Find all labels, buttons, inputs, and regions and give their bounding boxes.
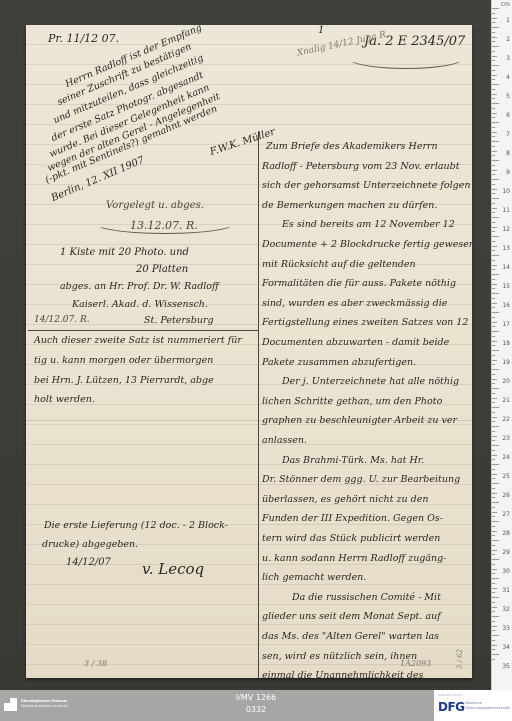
ruler-tick — [492, 18, 497, 19]
ruler-tick — [492, 355, 495, 356]
ruler-tick — [492, 474, 497, 475]
ruler-tick — [492, 189, 497, 190]
ruler-tick — [492, 535, 495, 536]
funding-badge: Gefördert durch DFG Deutsche Forschungsg… — [434, 690, 512, 721]
ruler-tick — [492, 331, 499, 332]
ruler-tick — [492, 155, 495, 156]
ruler-tick — [492, 246, 497, 247]
archive-pencil-mark-right: 1A2093 — [400, 659, 431, 668]
ruler-tick — [492, 41, 495, 42]
ruler-label: 31 — [502, 587, 510, 594]
shipping-note-line: 20 Platten — [136, 264, 188, 275]
ruler-tick — [492, 89, 495, 90]
letter-line: Es sind bereits am 12 November 12 — [282, 219, 455, 230]
ruler-tick — [492, 649, 495, 650]
ruler-tick — [492, 222, 495, 223]
ruler-tick — [492, 141, 499, 142]
document-page: Pr. 11/12 07. Ja. 2 E 2345/07 1 Xnalig 1… — [26, 25, 472, 678]
ruler-tick — [492, 493, 497, 494]
ruler-tick — [492, 450, 495, 451]
letter-line: Dr. Stönner dem ggg. U. zur Bearbeitung — [262, 474, 460, 485]
ruler-tick — [492, 113, 497, 114]
dfg-logo-icon: DFG — [438, 700, 465, 714]
shipping-note-date: 14/12.07. R. — [34, 315, 90, 325]
ruler-tick — [492, 51, 495, 52]
ruler-label: 25 — [502, 473, 510, 480]
ruler-tick — [492, 621, 495, 622]
ruler-label: 32 — [502, 606, 510, 613]
ruler-tick — [492, 583, 495, 584]
archive-pencil-mark-edge: 3 / 62 — [456, 649, 464, 669]
ruler-tick — [492, 265, 497, 266]
side-mark-number: 1 — [318, 25, 324, 36]
ruler-label: 19 — [502, 359, 510, 366]
ruler-tick — [492, 198, 499, 199]
ruler-tick — [492, 626, 497, 627]
left-column-line: bei Hrn. J. Lützen, 13 Pierrardt, abge — [34, 375, 214, 386]
ruler-label: 30 — [502, 568, 510, 575]
letter-line: lich gemacht werden. — [262, 572, 366, 583]
ruler-tick — [492, 398, 497, 399]
letter-line: sind, wurden es aber zweckmässig die — [262, 298, 447, 309]
ruler-tick — [492, 193, 495, 194]
ruler-tick — [492, 94, 497, 95]
delivery-note-date: 14/12/07 — [66, 557, 111, 568]
ruler-tick — [492, 611, 495, 612]
ruler-tick — [492, 288, 495, 289]
ruler-tick — [492, 307, 495, 308]
diagonal-note: Herrn Radloff ist der Empfang seiner Zus… — [40, 65, 300, 200]
ruler-tick — [492, 212, 495, 213]
left-column-line: holt werden. — [34, 394, 95, 405]
ruler-label: 15 — [502, 283, 510, 290]
received-date-note: Pr. 11/12 07. — [48, 32, 119, 45]
ruler-tick — [492, 531, 497, 532]
ruler-tick — [492, 279, 495, 280]
ruler-tick — [492, 607, 497, 608]
shipping-note-line: 1 Kiste mit 20 Photo. und — [60, 247, 189, 258]
ruler-tick — [492, 70, 495, 71]
letter-line: Documenten abzuwarten - damit beide — [262, 337, 449, 348]
ruler-tick — [492, 298, 495, 299]
ruler-tick — [492, 132, 497, 133]
ruler-tick — [492, 426, 499, 427]
ruler-tick — [492, 326, 495, 327]
ruler-tick — [492, 592, 495, 593]
ruler-tick — [492, 421, 495, 422]
ruler-tick — [492, 616, 499, 617]
ruler-tick — [492, 516, 495, 517]
ruler-tick — [492, 526, 495, 527]
ruler-tick — [492, 170, 497, 171]
ruler-label: 12 — [502, 226, 510, 233]
ruler-tick — [492, 483, 499, 484]
ruler-tick — [492, 459, 495, 460]
shipping-note-line: Kaiserl. Akad. d. Wissensch. — [72, 299, 208, 310]
ruler-tick — [492, 260, 495, 261]
ruler-tick — [492, 497, 495, 498]
ruler-unit-label: cm — [501, 1, 510, 8]
ruler-tick — [492, 255, 499, 256]
ruler-tick — [492, 507, 495, 508]
ruler-tick — [492, 98, 495, 99]
shipping-note-line: abges. an Hr. Prof. Dr. W. Radloff — [60, 281, 219, 292]
ruler-tick — [492, 336, 495, 337]
delivery-note-signature: v. Lecoq — [142, 560, 204, 578]
ruler-label: 6 — [506, 112, 510, 119]
letter-line: Da die russischen Comité - Mit — [292, 592, 441, 603]
ruler-tick — [492, 65, 499, 66]
ruler-label: 29 — [502, 549, 510, 556]
letter-line: u. kann sodann Herrn Radloff zugäng- — [262, 553, 446, 564]
letter-line: tern wird das Stück publicirt werden — [262, 533, 440, 544]
ruler-tick — [492, 179, 499, 180]
letter-line: Funden der III Expedition. Gegen Os- — [262, 513, 443, 524]
ruler-tick — [492, 146, 495, 147]
ruler-tick — [492, 540, 499, 541]
letter-line: graphen zu beschleunigter Arbeit zu ver — [262, 415, 457, 426]
dispatch-stamp-underline — [94, 212, 236, 234]
ruler-tick — [492, 8, 499, 9]
ruler-tick — [492, 284, 497, 285]
ruler-label: 21 — [502, 397, 510, 404]
letter-line: überlassen, es gehört nicht zu den — [262, 494, 428, 505]
ruler-tick — [492, 32, 495, 33]
letter-line: Radloff - Petersburg vom 23 Nov. erlaubt — [262, 161, 460, 172]
ruler-label: 7 — [506, 131, 510, 138]
letter-line: de Bemerkungen machen zu dürfen. — [262, 200, 437, 211]
letter-line: Das Brahmi-Türk. Ms. hat Hr. — [282, 455, 424, 466]
funding-name: Deutsche Forschungsgemeinschaft — [465, 701, 510, 711]
letter-line: sich der gehorsamst Unterzeichnete folge… — [262, 180, 471, 191]
ruler-tick — [492, 407, 499, 408]
ruler-tick — [492, 402, 495, 403]
letter-line: lichen Schritte gethan, um den Photo — [262, 396, 442, 407]
ruler-tick — [492, 269, 495, 270]
ruler-tick — [492, 464, 499, 465]
ruler-tick — [492, 165, 495, 166]
ruler-label: 16 — [502, 302, 510, 309]
left-section-divider — [28, 330, 258, 331]
ruler-tick — [492, 122, 499, 123]
ruler-tick — [492, 393, 495, 394]
ruler-tick — [492, 217, 499, 218]
ruler-tick — [492, 455, 497, 456]
ruler-label: 28 — [502, 530, 510, 537]
ruler-tick — [492, 379, 497, 380]
ruler-tick — [492, 241, 495, 242]
ruler-tick — [492, 388, 499, 389]
ruler-tick — [492, 56, 497, 57]
letter-line: Zum Briefe des Akademikers Herrn — [266, 141, 438, 152]
ruler-label: 34 — [502, 644, 510, 651]
ruler-tick — [492, 630, 495, 631]
ruler-tick — [492, 127, 495, 128]
ruler-tick — [492, 521, 499, 522]
funding-prefix: Gefördert durch — [438, 693, 462, 697]
ruler-tick — [492, 208, 497, 209]
shipping-note-line: St. Petersburg — [144, 315, 214, 326]
letter-line: mit Rücksicht auf die geltenden — [262, 259, 416, 270]
ruler-tick — [492, 502, 499, 503]
ruler-label: 18 — [502, 340, 510, 347]
ruler-label: 20 — [502, 378, 510, 385]
dispatch-stamp-line: Vorgelegt u. abges. — [106, 200, 204, 211]
left-column-line: Auch dieser zweite Satz ist nummeriert f… — [34, 335, 242, 346]
ruler-tick — [492, 412, 495, 413]
ruler-label: 35 — [502, 663, 510, 670]
ruler-tick — [492, 478, 495, 479]
ruler-label: 24 — [502, 454, 510, 461]
ruler-tick — [492, 597, 499, 598]
ruler-tick — [492, 27, 499, 28]
column-divider — [258, 131, 259, 678]
ruler-tick — [492, 274, 499, 275]
ruler-tick — [492, 13, 495, 14]
ruler-label: 3 — [506, 55, 510, 62]
ruler-label: 17 — [502, 321, 510, 328]
letter-line: Formalitäten die für auss. Pakete nöthig — [262, 278, 456, 289]
ruler-tick — [492, 60, 495, 61]
ruler-tick — [492, 345, 495, 346]
ruler-tick — [492, 293, 499, 294]
ruler-tick — [492, 559, 499, 560]
file-number-underline — [346, 45, 466, 69]
ruler-tick — [492, 564, 495, 565]
viewer-footer: Ethnologisches Museum Staatliche Museen … — [0, 690, 512, 721]
delivery-note-line: drucke) abgegeben. — [42, 539, 138, 550]
ruler-tick — [492, 645, 497, 646]
ruler-tick — [492, 151, 497, 152]
ruler-tick — [492, 659, 495, 660]
ruler-tick — [492, 303, 497, 304]
ruler-tick — [492, 512, 497, 513]
archive-pencil-mark-left: 3 / 38 — [84, 659, 107, 668]
ruler-tick — [492, 578, 499, 579]
letter-line: einmal die Unannehmlichkeit des — [262, 670, 423, 678]
ruler-tick — [492, 374, 495, 375]
ruler-tick — [492, 37, 497, 38]
ruler-tick — [492, 317, 495, 318]
ruler-tick — [492, 445, 499, 446]
ruler-tick — [492, 75, 497, 76]
ruler-tick — [492, 227, 497, 228]
ruler-tick — [492, 103, 499, 104]
ruler-tick — [492, 22, 495, 23]
ruler-label: 5 — [506, 93, 510, 100]
letter-line: Pakete zusammen abzufertigen. — [262, 357, 416, 368]
ruler-tick — [492, 174, 495, 175]
letter-line: anlassen. — [262, 435, 307, 446]
delivery-note-line: Die erste Lieferung (12 doc. - 2 Block- — [44, 520, 228, 531]
ruler-label: 4 — [506, 74, 510, 81]
ruler-tick — [492, 640, 495, 641]
ruler-tick — [492, 364, 495, 365]
ruler-tick — [492, 341, 497, 342]
ruler-tick — [492, 602, 495, 603]
letter-line: sen, wird es nützlich sein, ihnen — [262, 651, 417, 662]
letter-line: Documente + 2 Blockdrucke fertig gewesen — [262, 239, 472, 250]
ruler-tick — [492, 654, 499, 655]
ruler-label: 13 — [502, 245, 510, 252]
ruler-tick — [492, 383, 495, 384]
letter-line: das Ms. des "Alten Gerel" warten las — [262, 631, 439, 642]
ruler-label: 10 — [502, 188, 510, 195]
ruler-tick — [492, 588, 497, 589]
ruler-tick — [492, 250, 495, 251]
ruler-tick — [492, 184, 495, 185]
ruler-tick — [492, 545, 495, 546]
left-column-line: tig u. kann morgen oder übermorgen — [34, 355, 213, 366]
ruler-tick — [492, 469, 495, 470]
ruler-tick — [492, 360, 497, 361]
ruler-tick — [492, 236, 499, 237]
ruler-tick — [492, 231, 495, 232]
letter-line: glieder uns seit dem Monat Sept. auf — [262, 611, 441, 622]
ruler-label: 8 — [506, 150, 510, 157]
ruler-label: 11 — [502, 207, 510, 214]
ruler-tick — [492, 417, 497, 418]
ruler-tick — [492, 369, 499, 370]
ruler-tick — [492, 136, 495, 137]
ruler-label: 1 — [506, 17, 510, 24]
ruler-tick — [492, 117, 495, 118]
ruler-label: 22 — [502, 416, 510, 423]
ruler-label: 2 — [506, 36, 510, 43]
letter-line: Fertigstellung eines zweiten Satzes von … — [262, 317, 468, 328]
ruler-tick — [492, 436, 497, 437]
ruler-label: 33 — [502, 625, 510, 632]
ruler-label: 9 — [506, 169, 510, 176]
ruler-tick — [492, 108, 495, 109]
ruler-tick — [492, 46, 499, 47]
ruler-label: 14 — [502, 264, 510, 271]
ruler-tick — [492, 312, 499, 313]
funding-name-line: Forschungsgemeinschaft — [465, 706, 510, 711]
ruler-tick — [492, 203, 495, 204]
ruler-tick — [492, 440, 495, 441]
ruler-tick — [492, 488, 495, 489]
ruler-tick — [492, 350, 499, 351]
ruler-tick — [492, 554, 495, 555]
ruler-tick — [492, 322, 497, 323]
measurement-ruler: cm 1 2 3 4 5 6 7 8 9 10 11 12 13 14 15 1… — [491, 0, 512, 690]
ruler-label: 23 — [502, 435, 510, 442]
ruler-tick — [492, 84, 499, 85]
ruler-tick — [492, 431, 495, 432]
ruler-tick — [492, 79, 495, 80]
ruler-tick — [492, 160, 499, 161]
ruler-label: 26 — [502, 492, 510, 499]
ruler-tick — [492, 550, 497, 551]
ruler-tick — [492, 573, 495, 574]
letter-line: Der j. Unterzeichnete hat alle nöthig — [282, 376, 459, 387]
ruler-tick — [492, 635, 499, 636]
ruler-tick — [492, 569, 497, 570]
ruler-label: 27 — [502, 511, 510, 518]
